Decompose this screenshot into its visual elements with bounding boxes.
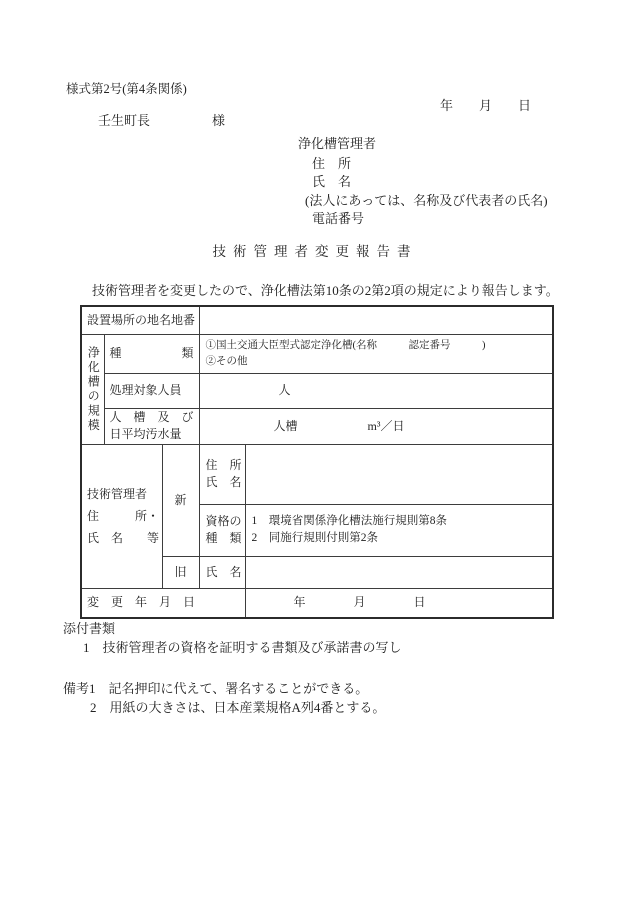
phone-label: 電話番号 [312,212,364,226]
report-table: 設置場所の地名地番 浄化槽の規模 種 類 ①国土交通大臣型式認定浄化槽(名称 認… [80,305,554,619]
old-name-value-cell [245,556,553,588]
tank-unit-label: m³／日 [368,419,405,433]
new-name-label: 氏 名 [200,474,245,491]
scale-group-cell: 浄化槽の規模 [81,334,104,444]
change-date-label-cell: 変 更 年 月 日 [81,588,245,618]
qualification-item-2: 2 同施行規則付則第2条 [246,530,553,547]
manager-address-label: 住 所 [312,157,351,171]
qualification-label-line1: 資格の [200,513,245,530]
qualification-label-cell: 資格の 種 類 [199,504,245,556]
date-line: 年 月 日 [440,99,531,113]
manager-group-line2: 住 所・ [82,505,162,527]
capacity-label: 処理対象人員 [105,382,199,399]
old-name-label: 氏 名 [200,564,245,581]
corporate-note: (法人にあっては、名称及び代表者の氏名) [305,194,548,208]
form-page: 様式第2号(第4条関係) 年 月 日 壬生町長 様 浄化槽管理者 住 所 氏 名… [0,0,630,903]
old-label-cell: 旧 [162,556,199,588]
manager-title: 浄化槽管理者 [298,137,376,151]
tank-label-line2: 日平均汚水量 [105,426,199,443]
manager-name-label: 氏 名 [312,175,351,189]
capacity-label-cell: 処理対象人員 [104,373,199,408]
type-option-2: ②その他 [200,354,553,370]
location-value-cell [199,306,553,334]
old-name-label-cell: 氏 名 [199,556,245,588]
scale-group-label: 浄化槽の規模 [84,346,101,433]
addressee: 壬生町長 [98,114,150,128]
tank-value-label: 人槽 [274,419,298,433]
note-1: 備考1 記名押印に代えて、署名することができる。 [63,682,368,696]
type-value-cell: ①国土交通大臣型式認定浄化槽(名称 認定番号 ) ②その他 [199,334,553,373]
manager-group-line3: 氏 名 等 [82,527,162,549]
qualification-value-cell: 1 環境省関係浄化槽法施行規則第8条 2 同施行規則付則第2条 [245,504,553,556]
tank-label-line1: 人 槽 及 び [105,409,199,426]
attachments-heading: 添付書類 [63,622,115,636]
capacity-unit: 人 [200,382,553,399]
manager-group-cell: 技術管理者 住 所・ 氏 名 等 [81,444,162,588]
qualification-label-line2: 種 類 [200,530,245,547]
new-label: 新 [163,492,199,509]
form-number: 様式第2号(第4条関係) [66,82,187,96]
tank-label-cell: 人 槽 及 び 日平均汚水量 [104,408,199,444]
location-label: 設置場所の地名地番 [82,312,199,329]
new-label-cell: 新 [162,444,199,556]
tank-value-cell: 人槽m³／日 [199,408,553,444]
document-title: 技術管理者変更報告書 [0,245,630,259]
change-date-value: 年 月 日 [246,594,553,611]
attachment-item: 1 技術管理者の資格を証明する書類及び承諾書の写し [83,641,402,655]
new-address-value-cell [245,444,553,504]
capacity-value-cell: 人 [199,373,553,408]
change-date-label: 変 更 年 月 日 [82,594,245,611]
manager-group-line1: 技術管理者 [82,483,162,505]
location-label-cell: 設置場所の地名地番 [81,306,199,334]
intro-text: 技術管理者を変更したので、浄化槽法第10条の2第2項の規定により報告します。 [92,284,559,298]
type-label-cell: 種 類 [104,334,199,373]
type-label: 種 類 [105,345,199,362]
qualification-item-1: 1 環境省関係浄化槽法施行規則第8条 [246,513,553,530]
addressee-honorific: 様 [212,114,225,128]
new-address-label-cell: 住 所 氏 名 [199,444,245,504]
change-date-value-cell: 年 月 日 [245,588,553,618]
new-address-label: 住 所 [200,457,245,474]
note-2: 2 用紙の大きさは、日本産業規格A列4番とする。 [90,701,385,715]
old-label: 旧 [163,564,199,581]
type-option-1: ①国土交通大臣型式認定浄化槽(名称 認定番号 ) [200,338,553,354]
